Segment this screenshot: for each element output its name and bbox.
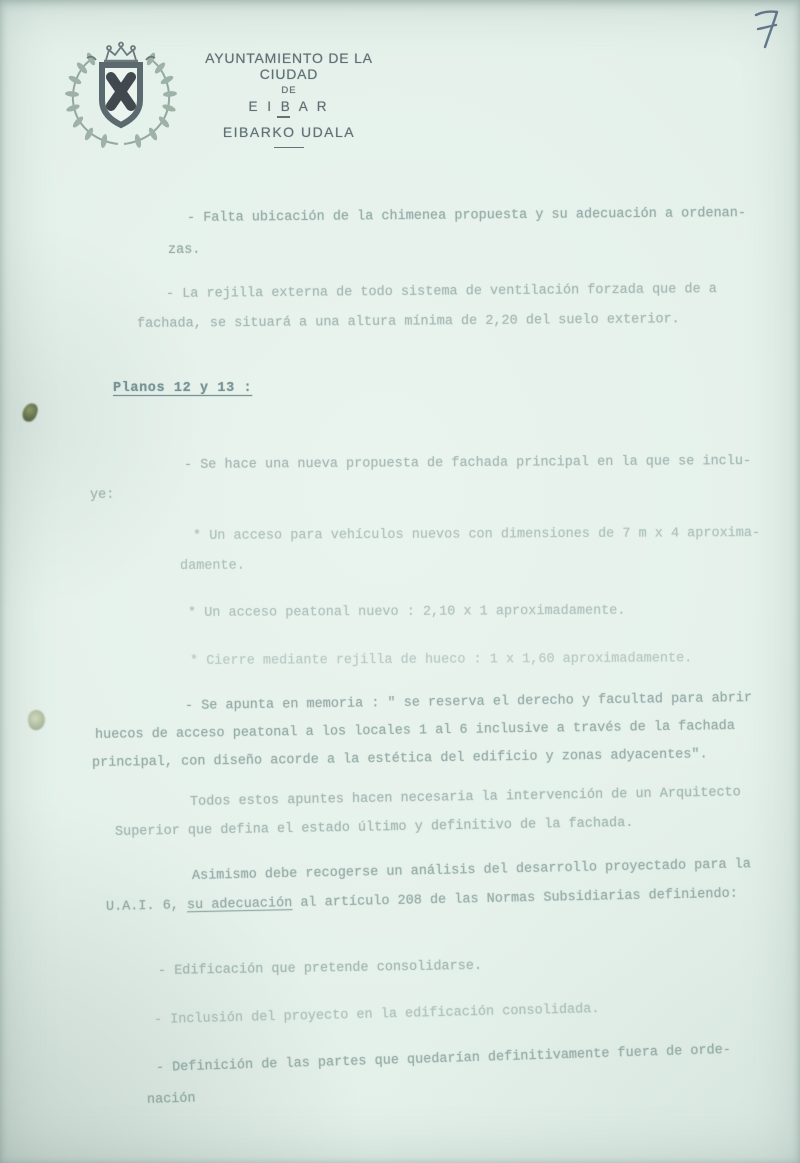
text-run: al artículo 208 de las Normas Subsidiari… bbox=[292, 887, 738, 911]
paragraph-line: U.A.I. 6, su adecuación al artículo 208 … bbox=[106, 888, 738, 915]
paragraph-line: fachada, se situará a una altura mínima … bbox=[137, 313, 680, 331]
list-item-line: * Un acceso para vehículos nuevos con di… bbox=[193, 527, 760, 543]
paragraph-line: huecos de acceso peatonal a los locales … bbox=[95, 720, 735, 742]
coat-of-arms-graphic bbox=[62, 38, 180, 152]
paragraph-line: Superior que defina el estado último y d… bbox=[115, 817, 634, 840]
handwritten-page-number bbox=[750, 6, 786, 57]
paragraph-line: Asimismo debe recogerse un análisis del … bbox=[192, 858, 751, 883]
org-name-basque: EIBARKO UDALA bbox=[178, 124, 400, 140]
paragraph-line: - La rejilla externa de todo sistema de … bbox=[166, 283, 717, 301]
rule bbox=[274, 147, 304, 149]
list-item-line: * Un acceso peatonal nuevo : 2,10 x 1 ap… bbox=[188, 605, 626, 621]
scanned-document-page: AYUNTAMIENTO DE LA CIUDAD DE E I B A R E… bbox=[0, 0, 800, 1163]
list-item-line: - Inclusión del proyecto en la edificaci… bbox=[154, 1003, 600, 1027]
list-item-line: * Cierre mediante rejilla de hueco : 1 x… bbox=[190, 652, 692, 668]
paper-stain bbox=[20, 401, 39, 423]
list-item-line: - Edificación que pretende consolidarse. bbox=[158, 960, 482, 979]
eibar-coat-of-arms bbox=[62, 38, 180, 157]
org-name-de: DE bbox=[178, 85, 400, 96]
paragraph-line: Todos estos apuntes hacen necesaria la i… bbox=[190, 786, 741, 809]
paragraph-line: ye: bbox=[90, 489, 114, 503]
paragraph-line: - Se apunta en memoria : " se reserva el… bbox=[185, 692, 752, 713]
paragraph-line: zas. bbox=[168, 244, 201, 258]
org-city: E I B A R bbox=[178, 99, 400, 114]
paper-stain bbox=[26, 708, 47, 731]
list-item-line: nación bbox=[147, 1092, 196, 1107]
crown-icon bbox=[87, 43, 155, 62]
text-run: U.A.I. 6, bbox=[106, 898, 187, 915]
paragraph-line: - Se hace una nueva propuesta de fachada… bbox=[184, 455, 751, 472]
org-name-spanish: AYUNTAMIENTO DE LA CIUDAD bbox=[178, 50, 400, 82]
crossed-seven-glyph bbox=[750, 6, 786, 52]
paragraph-line: principal, con diseño acorde a la estéti… bbox=[92, 748, 708, 770]
small-rule bbox=[277, 116, 290, 118]
letterhead: AYUNTAMIENTO DE LA CIUDAD DE E I B A R E… bbox=[178, 50, 400, 148]
list-item-line: - Definición de las partes que quedarían… bbox=[156, 1044, 731, 1076]
paragraph-line: - Falta ubicación de la chimenea propues… bbox=[187, 207, 746, 225]
scan-vignette bbox=[0, 0, 800, 1163]
section-heading: Planos 12 y 13 : bbox=[113, 382, 252, 396]
list-item-line: damente. bbox=[180, 560, 245, 574]
underlined-text-run: su adecuación bbox=[187, 896, 293, 913]
